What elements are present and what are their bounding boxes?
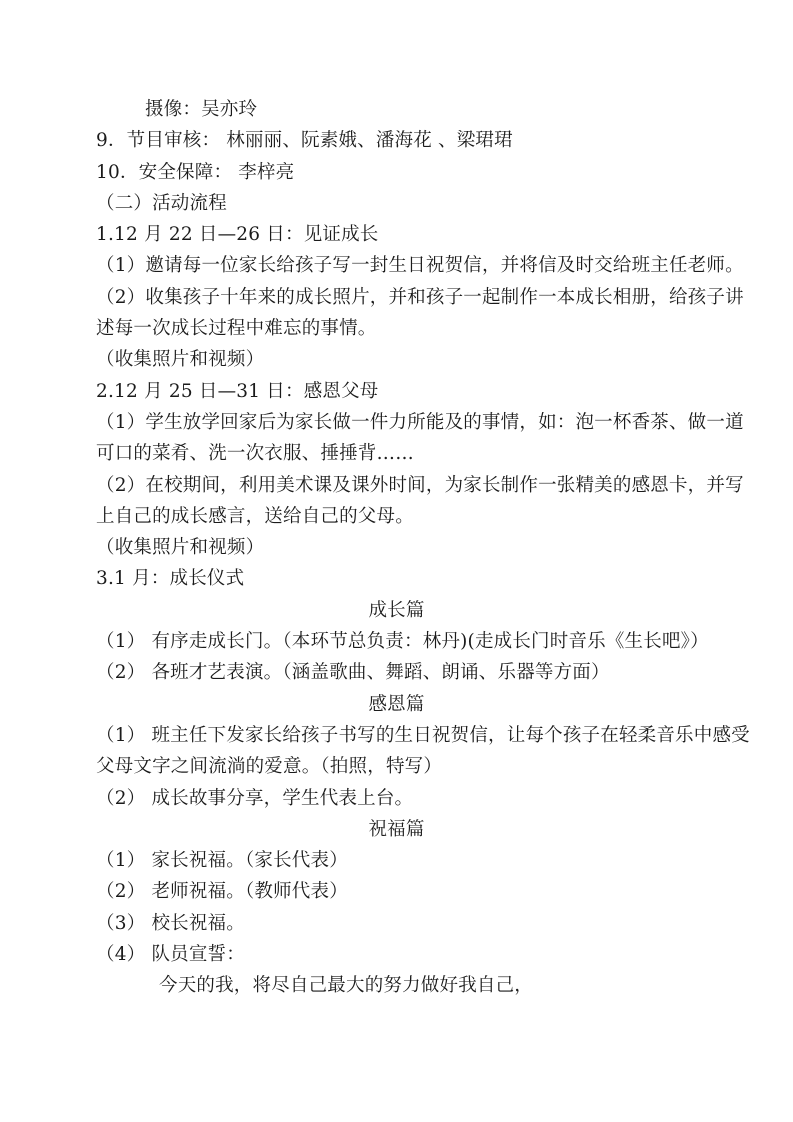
- doc-line-item-9: 9．节目审核： 林丽丽、阮素娥、潘海花 、梁珺珺: [96, 125, 697, 156]
- doc-line-growth-item-1: （1） 有序走成长门。（本环节总负责：林丹)(走成长门时音乐《生长吧》）: [96, 626, 697, 657]
- doc-line-blessing-item-1: （1） 家长祝福。（家长代表）: [96, 845, 697, 876]
- doc-line-section-2-heading: （二）活动流程: [96, 188, 697, 219]
- doc-line-gratitude-item-2: （2） 成长故事分享，学生代表上台。: [96, 783, 697, 814]
- doc-line-growth-item-2: （2） 各班才艺表演。（涵盖歌曲、舞蹈、朗诵、乐器等方面）: [96, 657, 697, 688]
- doc-line-phase-2-item-1-cont: 可口的菜肴、洗一次衣服、捶捶背……: [96, 438, 697, 469]
- section-title-blessing: 祝福篇: [96, 814, 697, 845]
- doc-line-gratitude-item-1: （1） 班主任下发家长给孩子书写的生日祝贺信，让每个孩子在轻柔音乐中感受: [96, 720, 697, 751]
- doc-line-camera-credit: 摄像：吴亦玲: [96, 94, 697, 125]
- doc-line-oath: 今天的我，将尽自己最大的努力做好我自己，: [96, 970, 697, 1001]
- doc-line-phase-3-title: 3.1 月：成长仪式: [96, 563, 697, 594]
- doc-line-blessing-item-4: （4） 队员宣誓：: [96, 939, 697, 970]
- doc-line-phase-1-note: （收集照片和视频）: [96, 344, 697, 375]
- doc-line-phase-2-item-2: （2）在校期间，利用美术课及课外时间，为家长制作一张精美的感恩卡，并写: [96, 470, 697, 501]
- doc-line-gratitude-item-1-cont: 父母文字之间流淌的爱意。（拍照，特写）: [96, 751, 697, 782]
- doc-line-phase-2-item-1: （1）学生放学回家后为家长做一件力所能及的事情，如：泡一杯香茶、做一道: [96, 407, 697, 438]
- doc-line-phase-1-title: 1.12 月 22 日—26 日：见证成长: [96, 219, 697, 250]
- doc-line-blessing-item-3: （3） 校长祝福。: [96, 908, 697, 939]
- document-content: 摄像：吴亦玲 9．节目审核： 林丽丽、阮素娥、潘海花 、梁珺珺 10．安全保障：…: [96, 94, 697, 1002]
- doc-line-phase-1-item-2-cont: 述每一次成长过程中难忘的事情。: [96, 313, 697, 344]
- doc-line-phase-2-note: （收集照片和视频）: [96, 532, 697, 563]
- doc-line-phase-1-item-1: （1）邀请每一位家长给孩子写一封生日祝贺信，并将信及时交给班主任老师。: [96, 250, 697, 281]
- section-title-growth: 成长篇: [96, 595, 697, 626]
- doc-line-blessing-item-2: （2） 老师祝福。（教师代表）: [96, 876, 697, 907]
- doc-line-phase-2-item-2-cont: 上自己的成长感言，送给自己的父母。: [96, 501, 697, 532]
- doc-line-phase-2-title: 2.12 月 25 日—31 日：感恩父母: [96, 376, 697, 407]
- document-page: 摄像：吴亦玲 9．节目审核： 林丽丽、阮素娥、潘海花 、梁珺珺 10．安全保障：…: [0, 0, 793, 1122]
- doc-line-item-10: 10．安全保障： 李梓亮: [96, 157, 697, 188]
- doc-line-phase-1-item-2: （2）收集孩子十年来的成长照片，并和孩子一起制作一本成长相册，给孩子讲: [96, 282, 697, 313]
- section-title-gratitude: 感恩篇: [96, 689, 697, 720]
